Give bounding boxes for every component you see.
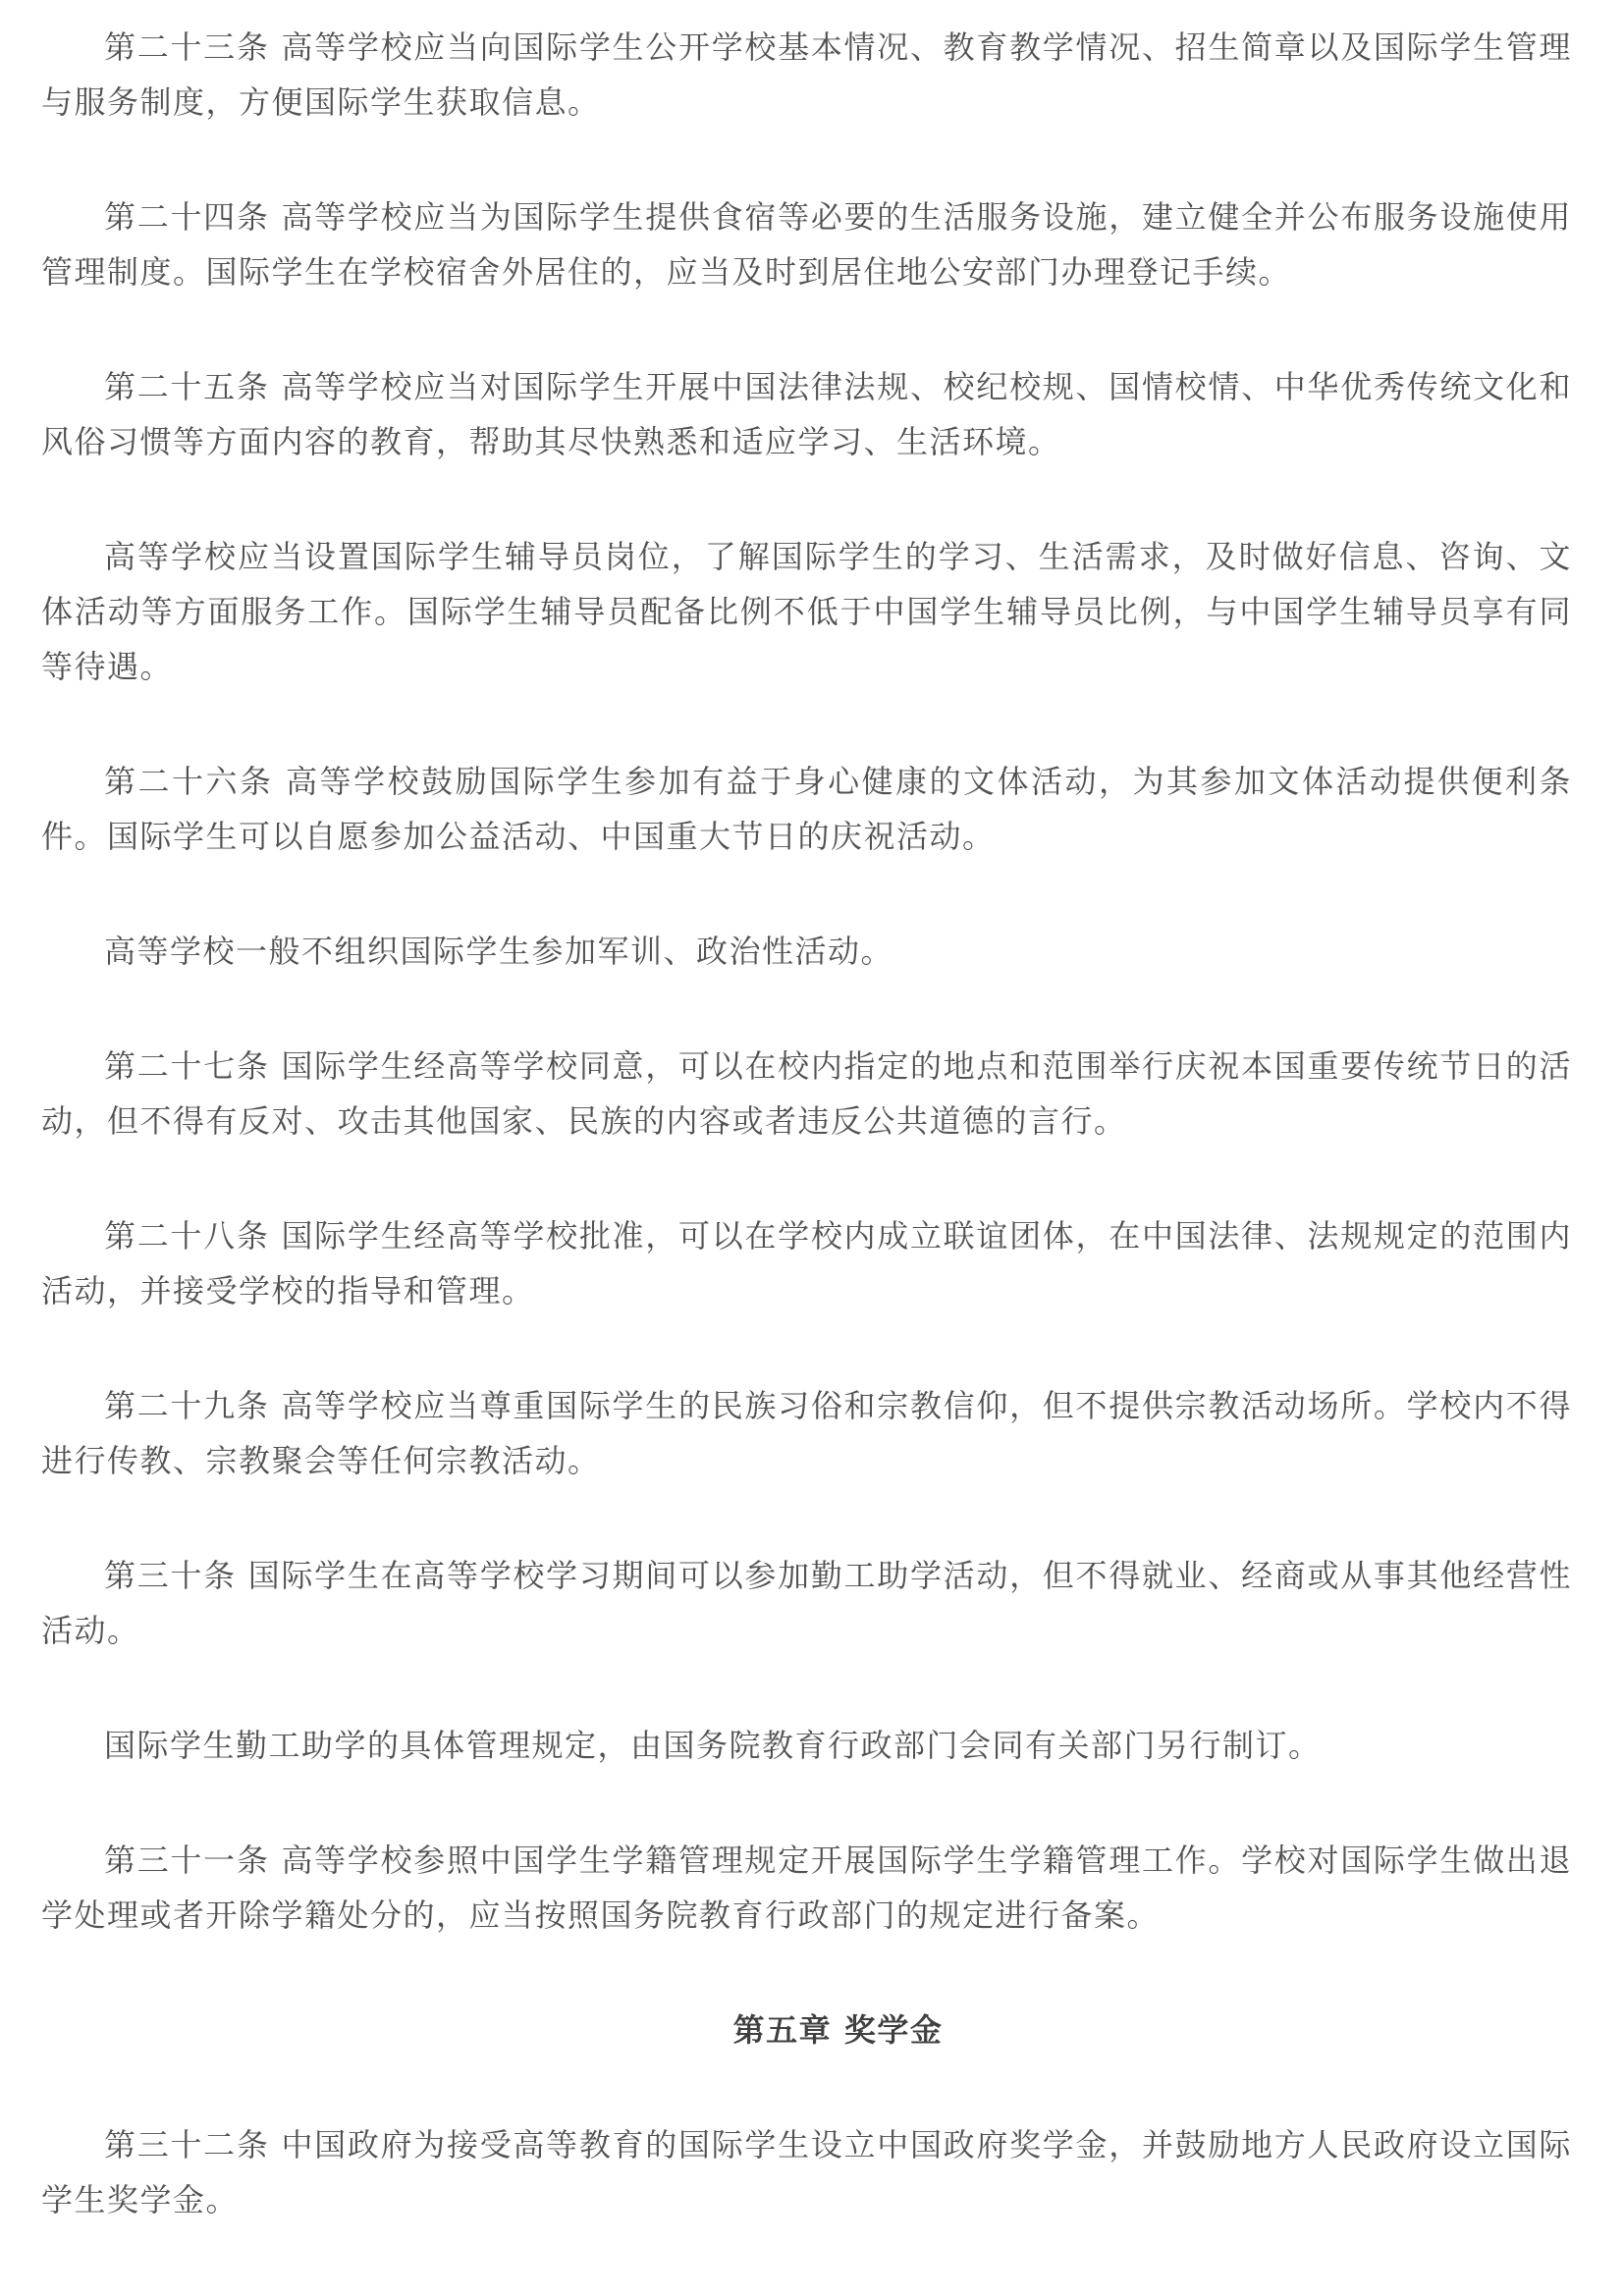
article-31-paragraph: 第三十一条 高等学校参照中国学生学籍管理规定开展国际学生学籍管理工作。学校对国际… [41,1833,1572,1943]
article-28-paragraph: 第二十八条 国际学生经高等学校批准，可以在学校内成立联谊团体，在中国法律、法规规… [41,1208,1572,1318]
article-30-paragraph: 第三十条 国际学生在高等学校学习期间可以参加勤工助学活动，但不得就业、经商或从事… [41,1548,1572,1658]
article-25-supplement-paragraph: 高等学校应当设置国际学生辅导员岗位，了解国际学生的学习、生活需求，及时做好信息、… [41,529,1572,694]
chapter-5-heading: 第五章 奖学金 [41,2002,1572,2057]
document-page: 第二十三条 高等学校应当向国际学生公开学校基本情况、教育教学情况、招生简章以及国… [0,0,1623,2296]
article-30-supplement-paragraph: 国际学生勤工助学的具体管理规定，由国务院教育行政部门会同有关部门另行制订。 [41,1718,1572,1773]
article-27-paragraph: 第二十七条 国际学生经高等学校同意，可以在校内指定的地点和范围举行庆祝本国重要传… [41,1039,1572,1148]
article-24-paragraph: 第二十四条 高等学校应当为国际学生提供食宿等必要的生活服务设施，建立健全并公布服… [41,189,1572,299]
article-26-supplement-paragraph: 高等学校一般不组织国际学生参加军训、政治性活动。 [41,924,1572,979]
article-25-paragraph: 第二十五条 高等学校应当对国际学生开展中国法律法规、校纪校规、国情校情、中华优秀… [41,359,1572,469]
article-29-paragraph: 第二十九条 高等学校应当尊重国际学生的民族习俗和宗教信仰，但不提供宗教活动场所。… [41,1378,1572,1488]
article-32-paragraph: 第三十二条 中国政府为接受高等教育的国际学生设立中国政府奖学金，并鼓励地方人民政… [41,2117,1572,2227]
article-26-paragraph: 第二十六条 高等学校鼓励国际学生参加有益于身心健康的文体活动，为其参加文体活动提… [41,754,1572,864]
article-23-paragraph: 第二十三条 高等学校应当向国际学生公开学校基本情况、教育教学情况、招生简章以及国… [41,20,1572,130]
